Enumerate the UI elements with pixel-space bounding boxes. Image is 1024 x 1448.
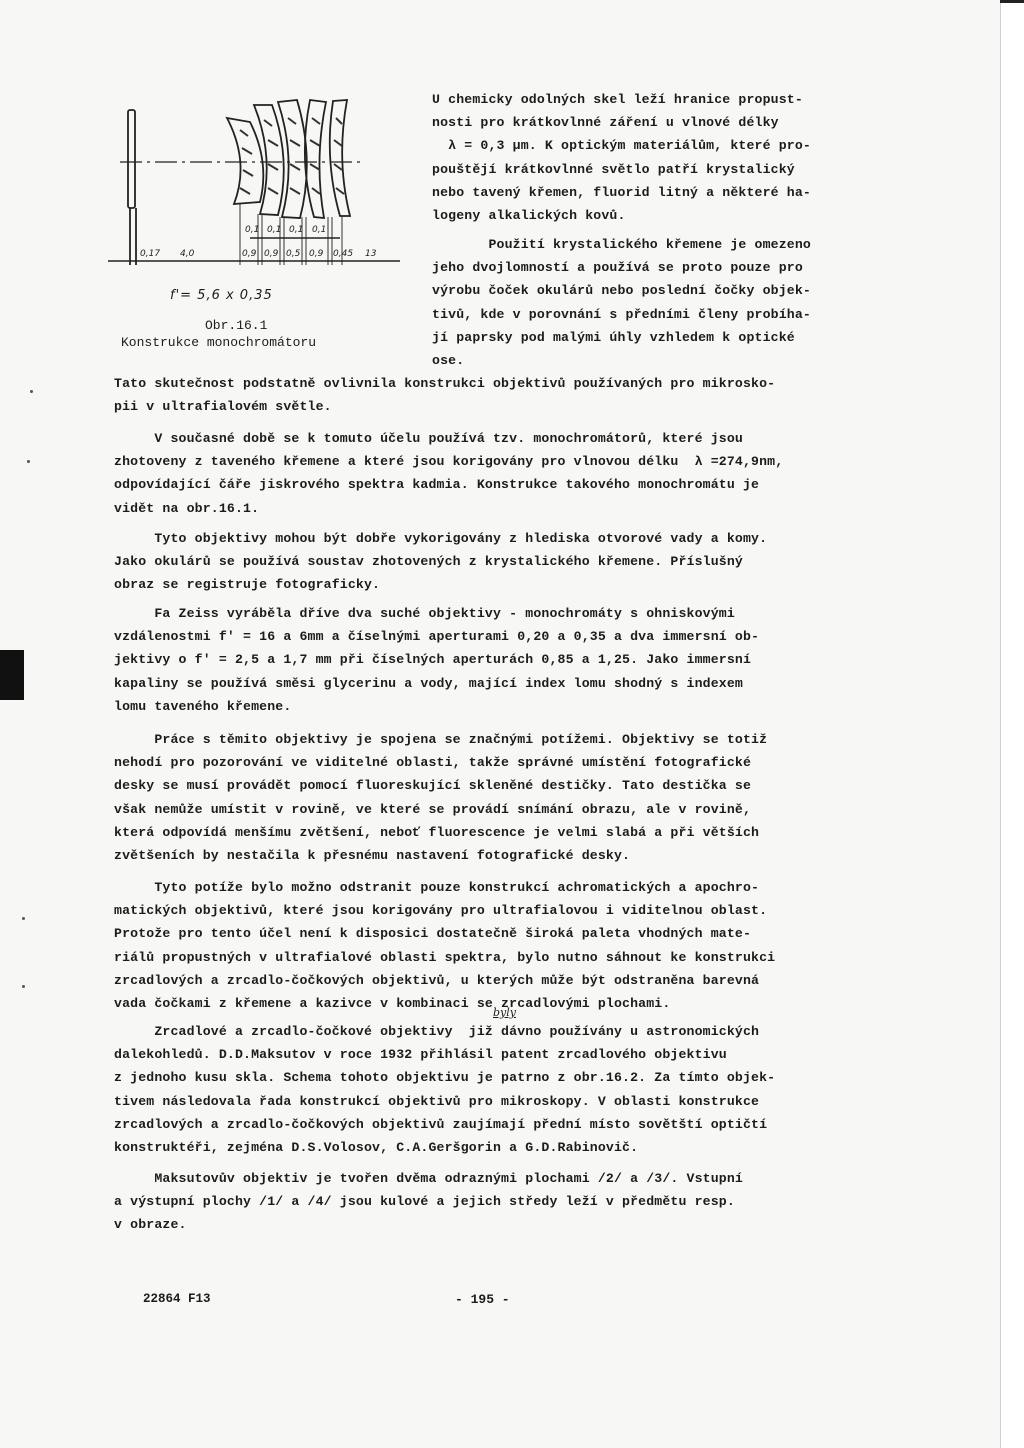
figure-title: Konstrukce monochromátoru <box>121 335 316 350</box>
paragraph-6: Práce s těmito objektivy je spojena se z… <box>114 728 767 867</box>
paragraph-9: Maksutovův objektiv je tvořen dvěma odra… <box>114 1167 743 1237</box>
page-number: - 195 - <box>455 1292 510 1307</box>
dim-lower-8: 13 <box>365 249 377 259</box>
paragraph-1: U chemicky odolných skel leží hranice pr… <box>432 88 811 227</box>
dim-lower-2: 4,0 <box>180 249 195 259</box>
dim-lower-6: 0,9 <box>309 249 324 259</box>
page-edge <box>1000 0 1024 1448</box>
paragraph-2-continued: Tato skutečnost podstatně ovlivnila kons… <box>114 372 775 418</box>
punch-dot <box>30 390 33 393</box>
dim-lower-3: 0,9 <box>242 249 257 259</box>
punch-dot <box>22 985 25 988</box>
dim-lower-4: 0,9 <box>264 249 279 259</box>
dim-upper-3: 0,1 <box>289 225 303 235</box>
handwritten-insert: byly <box>493 1006 516 1019</box>
punch-dot <box>27 460 30 463</box>
paragraph-4: Tyto objektivy mohou být dobře vykorigov… <box>114 527 767 597</box>
dim-lower-5: 0,5 <box>286 249 301 259</box>
figure-formula: f'= 5,6 x 0,35 <box>170 288 273 303</box>
paragraph-2-right: Použití krystalického křemene je omezeno… <box>432 233 811 372</box>
dim-upper-1: 0,1 <box>245 225 259 235</box>
paragraph-3: V současné době se k tomuto účelu použív… <box>114 427 783 520</box>
figure-number: Obr.16.1 <box>205 318 267 333</box>
footer-code: 22864 F13 <box>143 1292 211 1306</box>
dim-lower-1: 0,17 <box>140 249 160 259</box>
scan-mark <box>0 650 24 700</box>
dim-upper-2: 0,1 <box>267 225 281 235</box>
dim-upper-4: 0,1 <box>312 225 326 235</box>
paragraph-8: Zrcadlové a zrcadlo-čočkové objektivy ji… <box>114 1020 775 1159</box>
punch-dot <box>22 917 25 920</box>
monochromator-diagram: 0,1 0,1 0,1 0,1 0,17 4,0 0,9 0,9 0,5 0,9… <box>100 80 410 265</box>
paragraph-5: Fa Zeiss vyráběla dříve dva suché objekt… <box>114 602 759 718</box>
page-top-edge <box>1000 0 1024 3</box>
paragraph-7: Tyto potíže bylo možno odstranit pouze k… <box>114 876 775 1015</box>
dim-lower-7: 0,45 <box>333 249 353 259</box>
